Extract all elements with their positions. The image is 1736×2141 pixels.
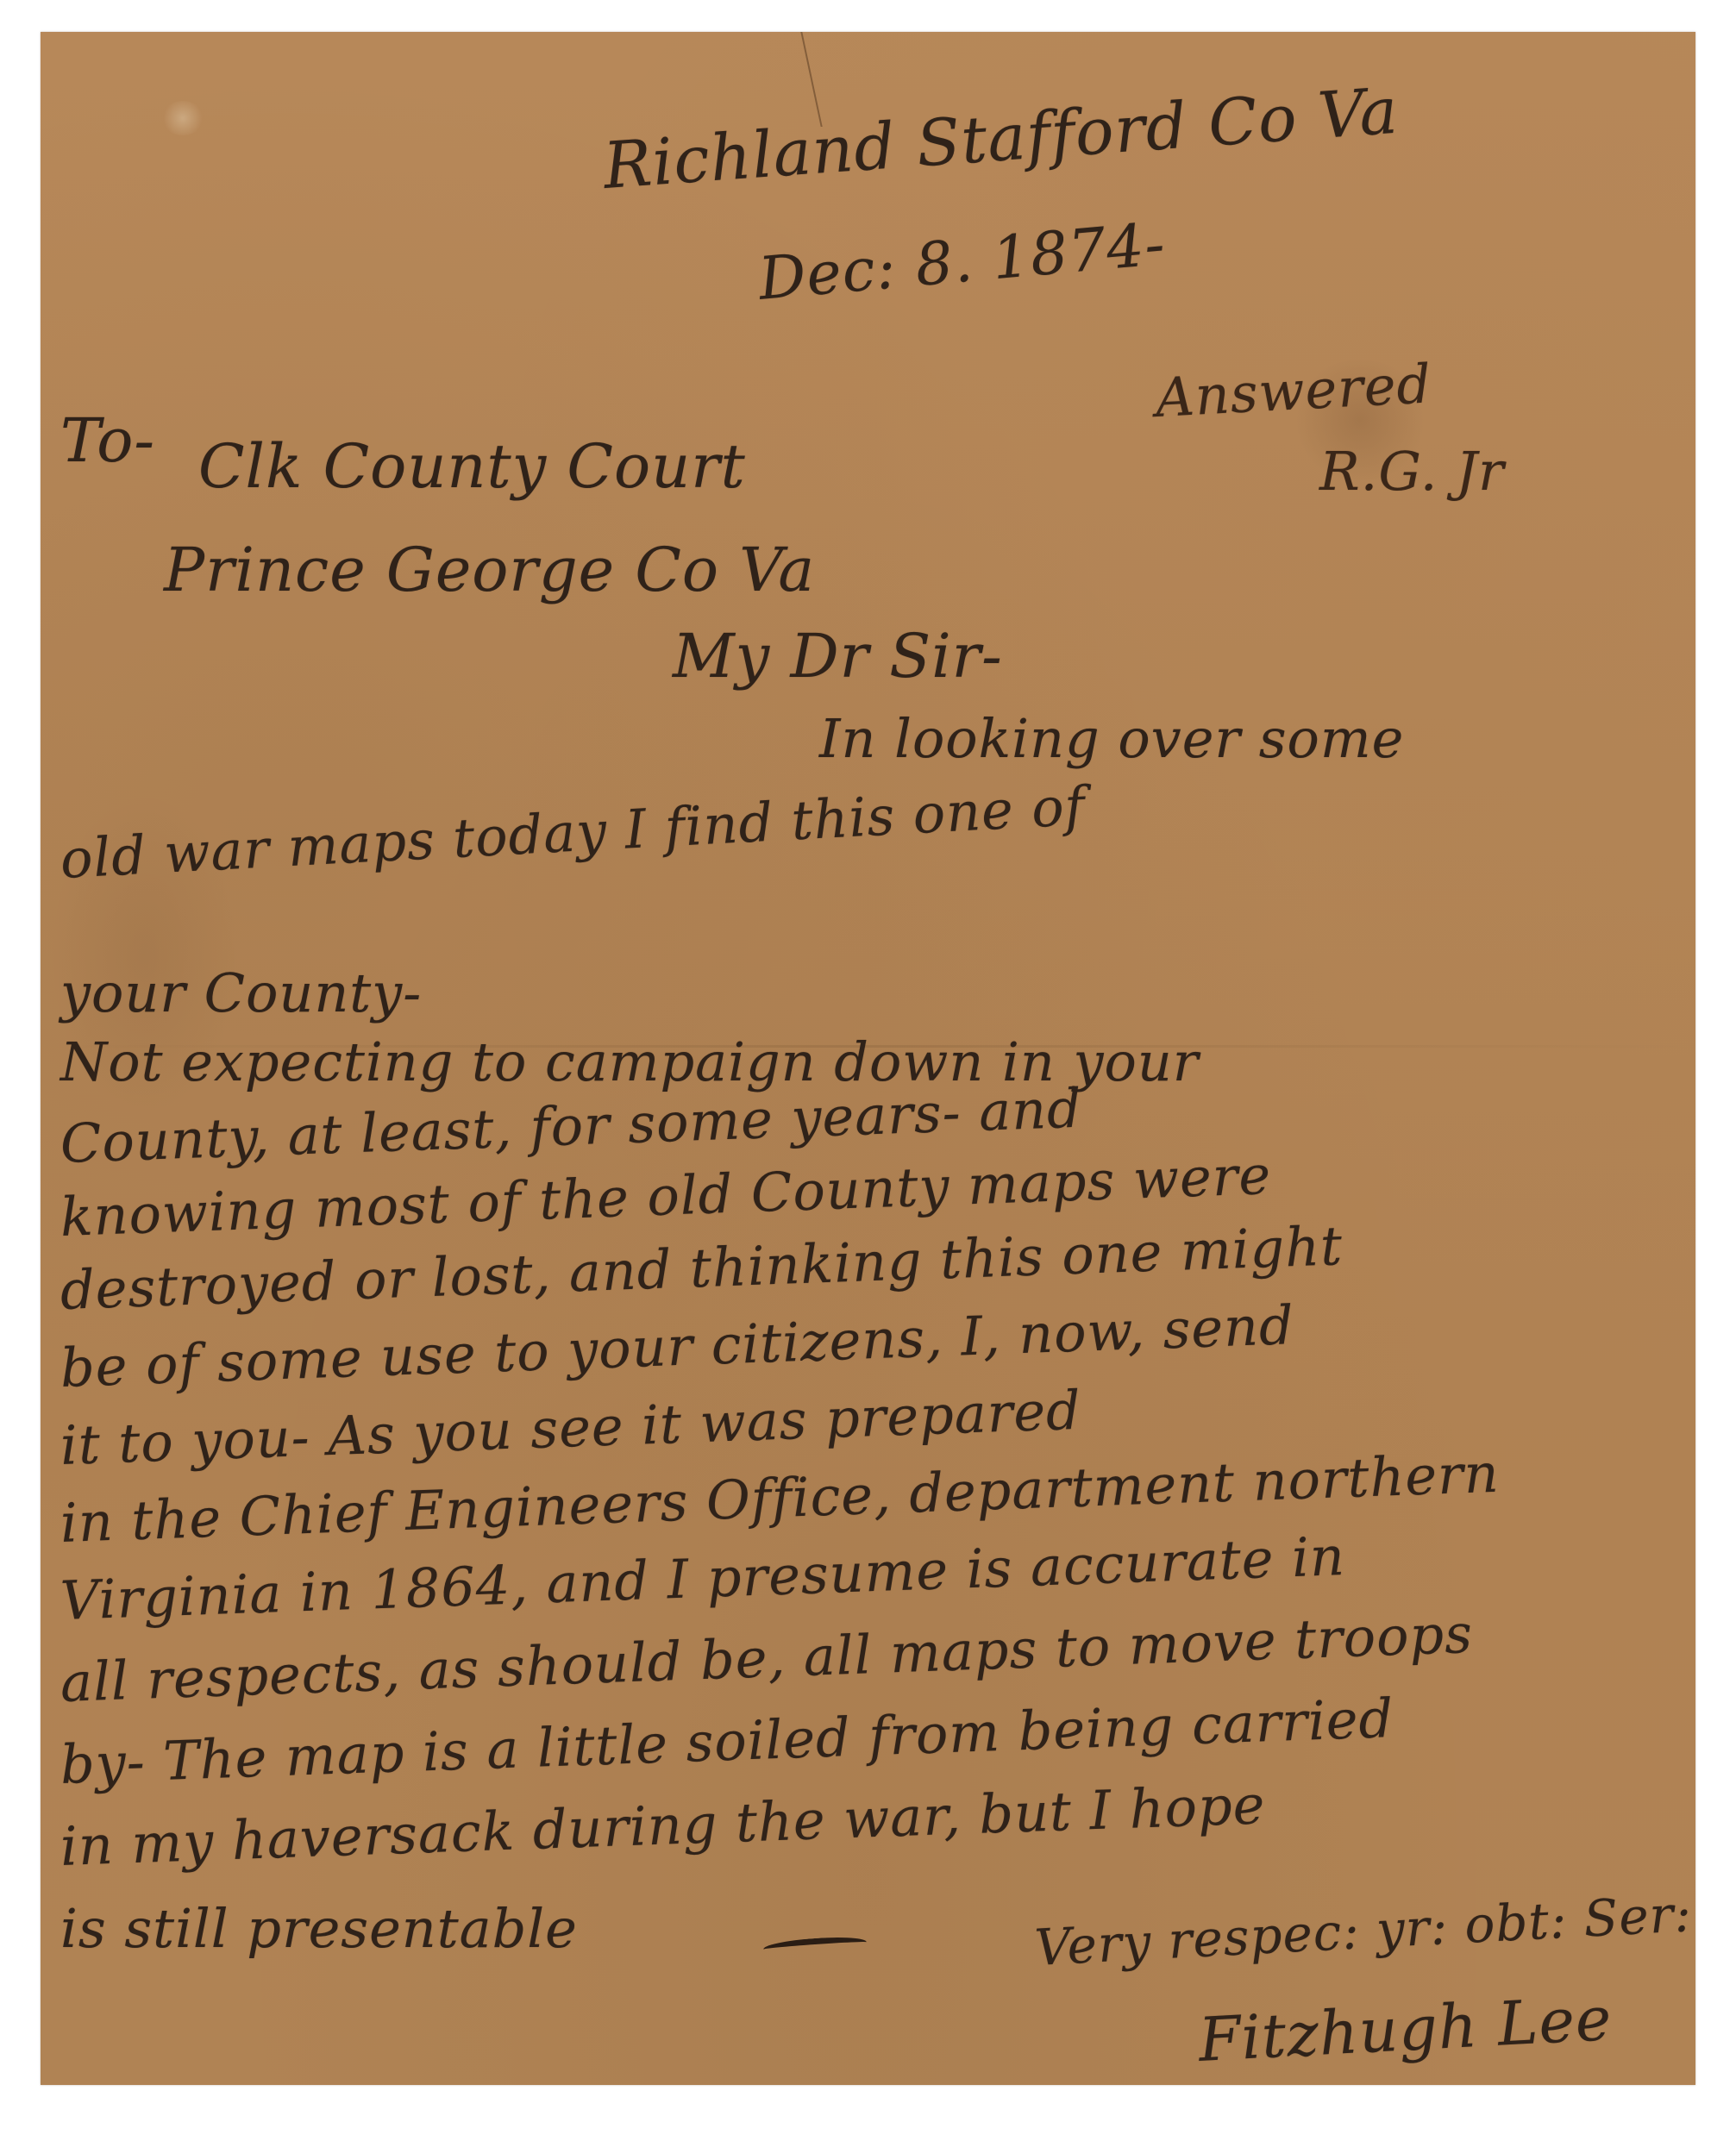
paper-blemish xyxy=(161,101,204,135)
addressee-line-2: Prince George Co Va xyxy=(164,535,815,605)
address-to-label: To- xyxy=(60,405,155,476)
body-line: your County- xyxy=(60,961,422,1024)
body-line: In looking over some xyxy=(819,707,1404,770)
addressee-line-1: Clk County Court xyxy=(198,431,746,502)
margin-note-initials: R.G. Jr xyxy=(1319,440,1505,503)
greeting: My Dr Sir- xyxy=(673,621,1003,692)
body-line: is still presentable xyxy=(60,1897,578,1960)
